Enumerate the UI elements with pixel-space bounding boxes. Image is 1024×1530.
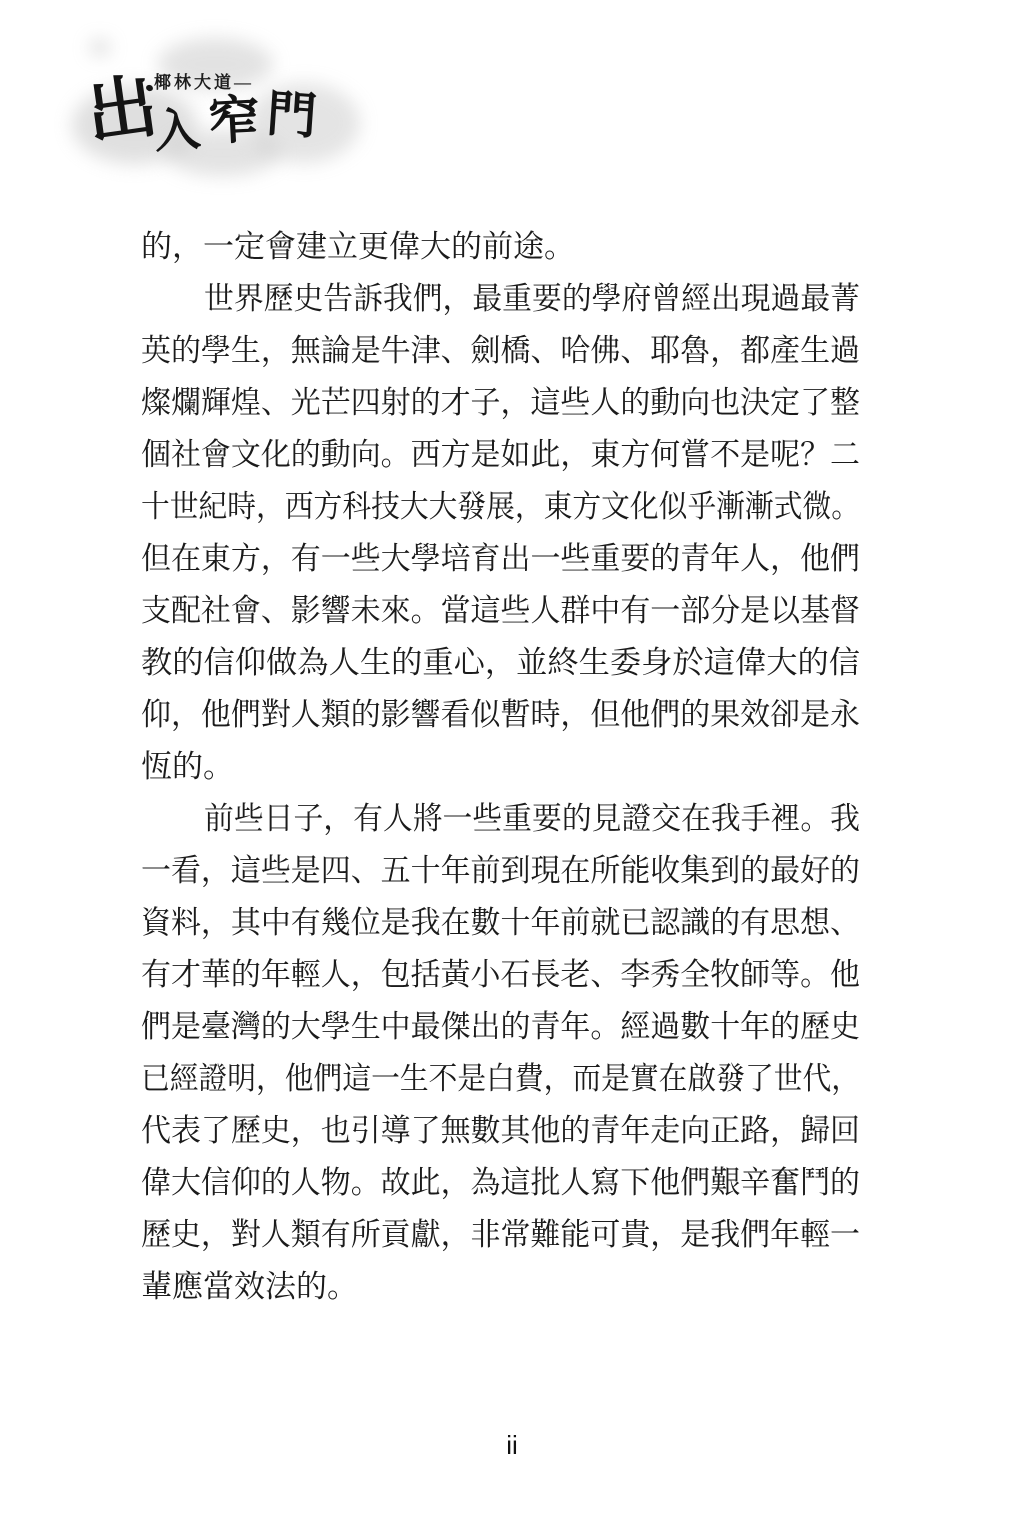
text-line: 仰，他們對人類的影響看似暫時，但他們的果效卻是永 bbox=[141, 689, 860, 741]
page-number: ii bbox=[0, 1430, 1024, 1461]
text-line: 的，一定會建立更偉大的前途。 bbox=[141, 221, 860, 273]
text-line: 代表了歷史，也引導了無數其他的青年走向正路，歸回 bbox=[141, 1105, 860, 1157]
body-text: 的，一定會建立更偉大的前途。世界歷史告訴我們，最重要的學府曾經出現過最菁英的學生… bbox=[141, 221, 860, 1313]
text-line: 一看，這些是四、五十年前到現在所能收集到的最好的 bbox=[141, 845, 860, 897]
text-line: 個社會文化的動向。西方是如此，東方何嘗不是呢？二 bbox=[141, 429, 860, 481]
text-line: 資料，其中有幾位是我在數十年前就已認識的有思想、 bbox=[141, 897, 860, 949]
text-line: 已經證明，他們這一生不是白費，而是實在啟發了世代， bbox=[141, 1053, 860, 1105]
text-line: 但在東方，有一些大學培育出一些重要的青年人，他們 bbox=[141, 533, 860, 585]
text-line: 英的學生，無論是牛津、劍橋、哈佛、耶魯，都產生過 bbox=[141, 325, 860, 377]
ink-wash-cloud bbox=[90, 40, 110, 55]
text-line: 十世紀時，西方科技大大發展，東方文化似乎漸漸式微。 bbox=[141, 481, 860, 533]
text-line: 歷史，對人類有所貢獻，非常難能可貴，是我們年輕一 bbox=[141, 1209, 860, 1261]
text-line: 支配社會、影響未來。當這些人群中有一部分是以基督 bbox=[141, 585, 860, 637]
text-line: 輩應當效法的。 bbox=[141, 1261, 860, 1313]
text-line: 前些日子，有人將一些重要的見證交在我手裡。我 bbox=[141, 793, 860, 845]
title-char-zhai: 窄 bbox=[206, 77, 262, 155]
text-line: 教的信仰做為人生的重心，並終生委身於這偉大的信 bbox=[141, 637, 860, 689]
text-line: 恆的。 bbox=[141, 741, 860, 793]
title-char-men: 門 bbox=[265, 73, 320, 148]
book-title-calligraphy: 出 入 窄 門 bbox=[86, 54, 317, 155]
text-line: 燦爛輝煌、光芒四射的才子，這些人的動向也決定了整 bbox=[141, 377, 860, 429]
text-line: 有才華的年輕人，包括黃小石長老、李秀全牧師等。他 bbox=[141, 949, 860, 1001]
book-logo: 椰林大道— 出 入 窄 門 bbox=[70, 28, 320, 178]
text-line: 偉大信仰的人物。故此，為這批人寫下他們艱辛奮鬥的 bbox=[141, 1157, 860, 1209]
text-line: 世界歷史告訴我們，最重要的學府曾經出現過最菁 bbox=[141, 273, 860, 325]
title-char-chu: 出 bbox=[79, 50, 162, 160]
title-char-ru: 入 bbox=[152, 92, 202, 161]
text-line: 們是臺灣的大學生中最傑出的青年。經過數十年的歷史 bbox=[141, 1001, 860, 1053]
